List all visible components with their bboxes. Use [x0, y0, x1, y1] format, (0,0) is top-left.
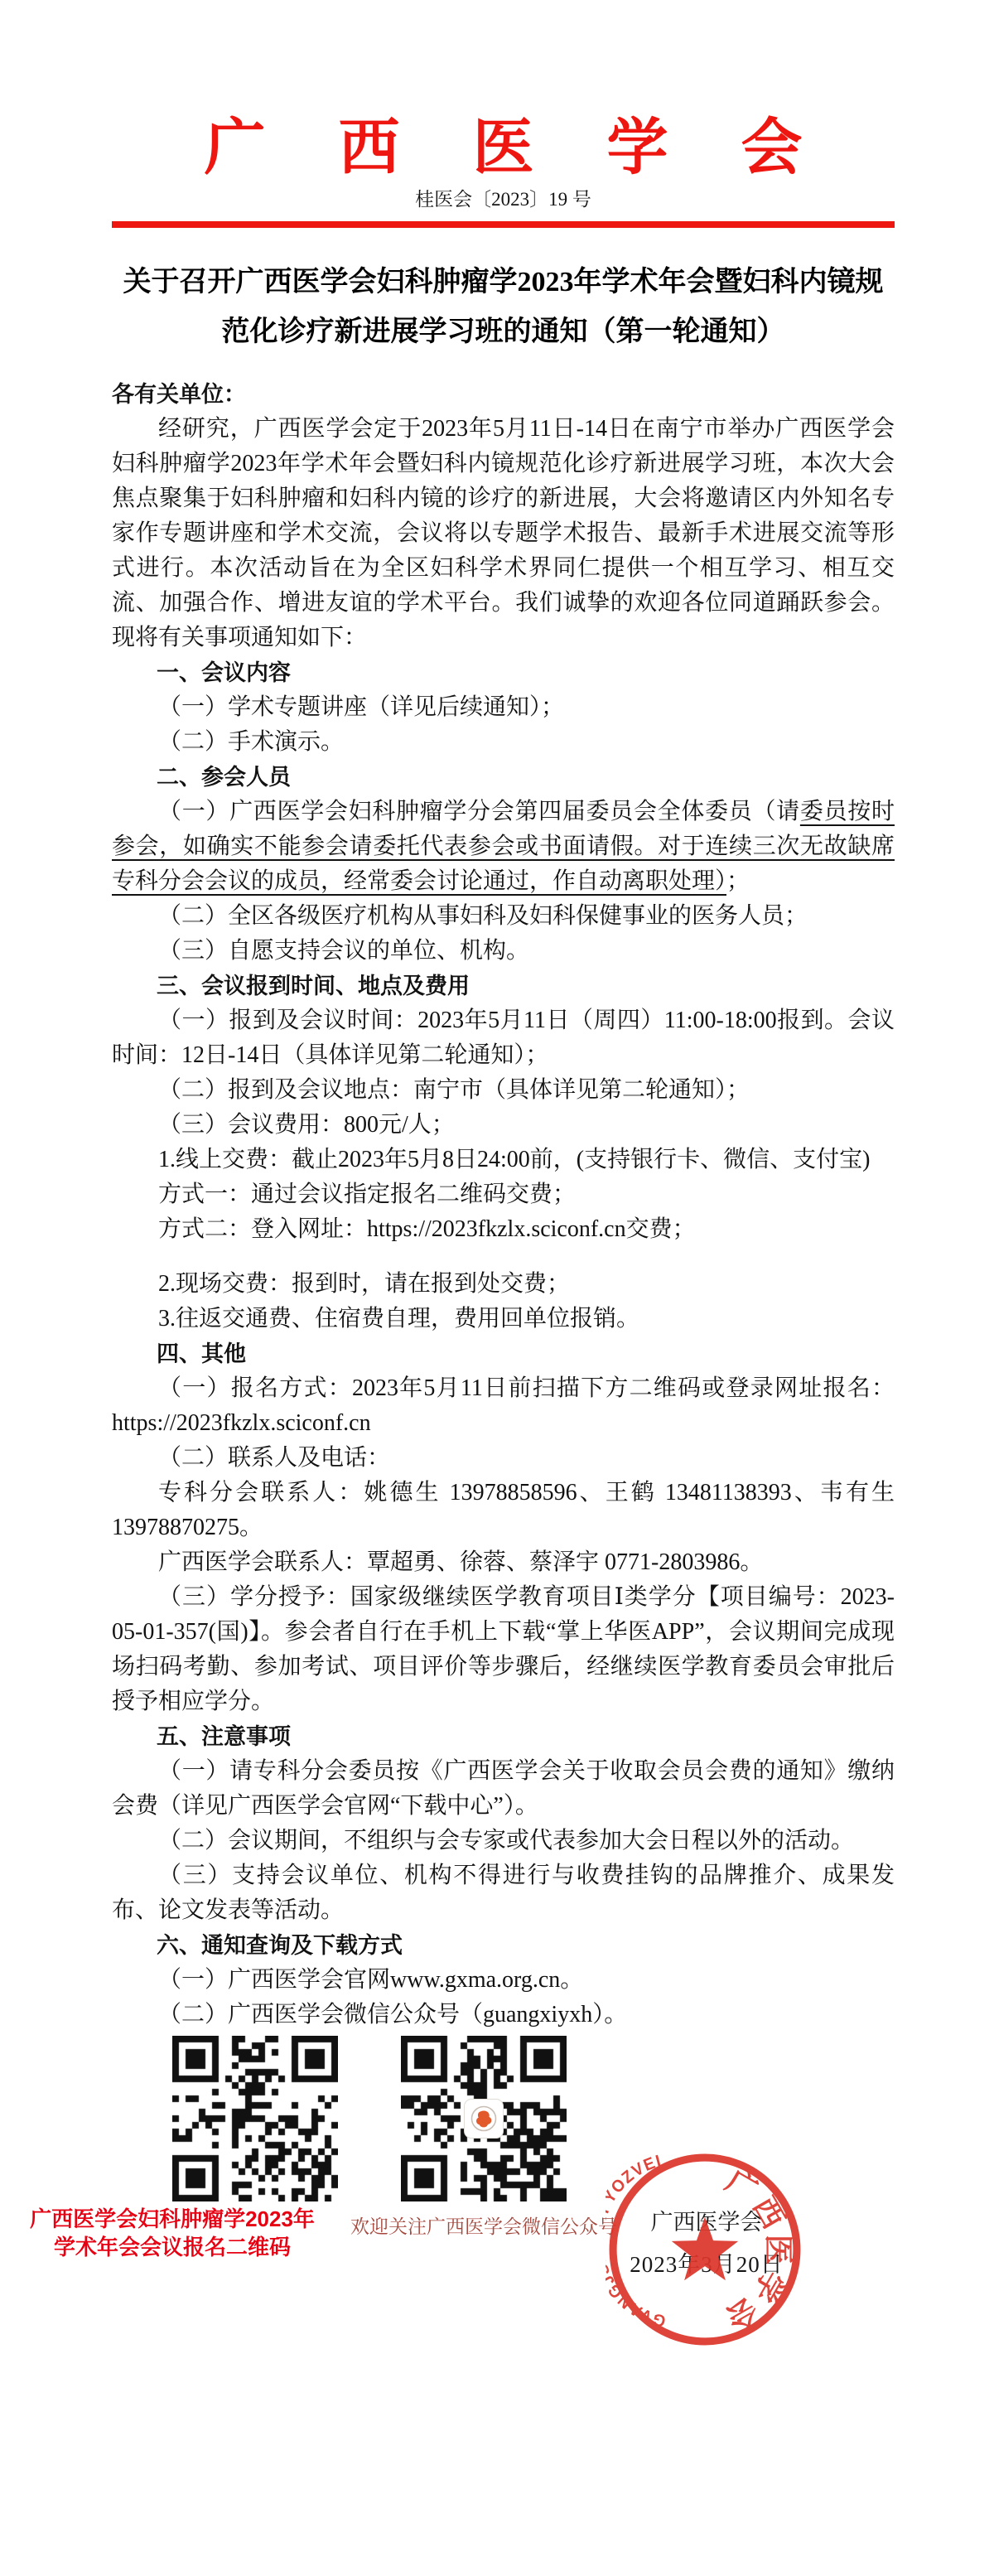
- official-seal: GVANGJSIH YIH YOZVEI 广 西 医 学 会: [606, 2150, 804, 2349]
- body-paragraph: （一）广西医学会官网www.gxma.org.cn。: [112, 1963, 895, 1998]
- text-run: （三）会议费用：800元/人；: [158, 1112, 455, 1138]
- text-run: 1.线上交费：截止2023年5月8日24:00前，(支持银行卡、微信、支付宝): [158, 1147, 870, 1172]
- text-run: （二）全区各级医疗机构从事妇科及妇科保健事业的医务人员；: [158, 903, 808, 929]
- text-run: （二）会议期间，不组织与会专家或代表参加大会日程以外的活动。: [158, 1828, 854, 1853]
- text-run: （一）请专科分会委员按《广西医学会关于收取会员会费的通知》缴纳会费（详见广西医学…: [112, 1758, 895, 1819]
- body-paragraph: （三）学分授予：国家级继续医学教育项目Ⅰ类学分【项目编号：2023-05-01-…: [112, 1580, 895, 1719]
- text-run: ；: [726, 868, 750, 894]
- body-paragraph: （二）联系人及电话：: [112, 1441, 895, 1476]
- header-divider-rule: [112, 221, 895, 228]
- qr-and-seal-section: 广西医学会妇科肿瘤学2023年 学术年会会议报名二维码 欢迎关注广西医学会微信公…: [112, 2036, 895, 2506]
- text-run: 专科分会联系人：姚德生 13978858596、王鹤 13481138393、韦…: [112, 1480, 895, 1540]
- section-heading: 一、会议内容: [112, 655, 895, 690]
- section-heading: 六、通知查询及下载方式: [112, 1928, 895, 1963]
- text-run: （三）学分授予：国家级继续医学教育项目Ⅰ类学分【项目编号：2023-05-01-…: [112, 1584, 895, 1714]
- section-heading: 二、参会人员: [112, 760, 895, 795]
- body-paragraph: 方式一：通过会议指定报名二维码交费；: [112, 1177, 895, 1212]
- text-run: （二）联系人及电话：: [158, 1445, 390, 1471]
- text-run: 经研究，广西医学会定于2023年5月11日-14日在南宁市举办广西医学会妇科肿瘤…: [112, 416, 895, 650]
- registration-qr-wrapper: [172, 2036, 338, 2201]
- notice-title: 关于召开广西医学会妇科肿瘤学2023年学术年会暨妇科内镜规范化诊疗新进展学习班的…: [112, 258, 895, 357]
- svg-text:医: 医: [762, 2235, 795, 2264]
- body-paragraph: （一）报到及会议时间：2023年5月11日（周四）11:00-18:00报到。会…: [112, 1003, 895, 1073]
- organization-title: 广西医学会: [112, 118, 895, 179]
- body-paragraph: （一）请专科分会委员按《广西医学会关于收取会员会费的通知》缴纳会费（详见广西医学…: [112, 1754, 895, 1824]
- text-run: （一）报名方式：2023年5月11日前扫描下方二维码或登录网址报名：https:…: [112, 1375, 895, 1436]
- document-body: 各有关单位：经研究，广西医学会定于2023年5月11日-14日在南宁市举办广西医…: [112, 377, 895, 2032]
- seal-cn-ring-text: 广 西 医 学 会: [721, 2164, 795, 2335]
- body-paragraph: （二）报到及会议地点：南宁市（具体详见第二轮通知）；: [112, 1073, 895, 1108]
- body-paragraph: 经研究，广西医学会定于2023年5月11日-14日在南宁市举办广西医学会妇科肿瘤…: [112, 412, 895, 655]
- text-run: 广西医学会联系人：覃超勇、徐蓉、蔡泽宇 0771-2803986。: [158, 1549, 763, 1575]
- text-run: （一）报到及会议时间：2023年5月11日（周四）11:00-18:00报到。会…: [112, 1008, 895, 1068]
- text-run: 方式二：登入网址：https://2023fkzlx.sciconf.cn交费；: [158, 1216, 696, 1242]
- official-notice-document: 广西医学会 桂医会〔2023〕19 号 关于召开广西医学会妇科肿瘤学2023年学…: [0, 0, 994, 2576]
- document-number: 桂医会〔2023〕19 号: [112, 187, 895, 212]
- wechat-qr-wrapper: [401, 2036, 567, 2201]
- text-run: （一）广西医学会妇科肿瘤学分会第四届委员会全体委员（请: [158, 799, 800, 824]
- text-run: （三）支持会议单位、机构不得进行与收费挂钩的品牌推介、成果发布、论文发表等活动。: [112, 1863, 895, 1923]
- star-icon: [672, 2217, 738, 2281]
- text-run: 方式一：通过会议指定报名二维码交费；: [158, 1182, 576, 1207]
- text-run: （一）学术专题讲座（详见后续通知）；: [158, 694, 564, 720]
- text-run: （一）广西医学会官网www.gxma.org.cn。: [158, 1967, 583, 1993]
- registration-qr-caption: 广西医学会妇科肿瘤学2023年 学术年会会议报名二维码: [23, 2205, 321, 2261]
- body-paragraph: （一）广西医学会妇科肿瘤学分会第四届委员会全体委员（请委员按时参会，如确实不能参…: [112, 795, 895, 899]
- text-run: 3.往返交通费、住宿费自理，费用回单位报销。: [158, 1306, 639, 1331]
- body-paragraph: 2.现场交费：报到时，请在报到处交费；: [112, 1267, 895, 1302]
- body-paragraph: （二）全区各级医疗机构从事妇科及妇科保健事业的医务人员；: [112, 899, 895, 934]
- body-paragraph: （三）自愿支持会议的单位、机构。: [112, 934, 895, 969]
- registration-qr-caption-line2: 学术年会会议报名二维码: [23, 2233, 321, 2261]
- body-paragraph: （三）会议费用：800元/人；: [112, 1108, 895, 1143]
- salutation: 各有关单位：: [112, 377, 895, 412]
- body-paragraph: 1.线上交费：截止2023年5月8日24:00前，(支持银行卡、微信、支付宝): [112, 1143, 895, 1177]
- wechat-qr-center-logo-icon: [464, 2099, 504, 2139]
- body-paragraph: （一）学术专题讲座（详见后续通知）；: [112, 690, 895, 725]
- body-paragraph: 3.往返交通费、住宿费自理，费用回单位报销。: [112, 1302, 895, 1336]
- text-run: （二）报到及会议地点：南宁市（具体详见第二轮通知）；: [158, 1077, 750, 1103]
- body-paragraph: 方式二：登入网址：https://2023fkzlx.sciconf.cn交费；: [112, 1212, 895, 1247]
- text-run: 2.现场交费：报到时，请在报到处交费；: [158, 1271, 570, 1297]
- body-paragraph: （二）会议期间，不组织与会专家或代表参加大会日程以外的活动。: [112, 1824, 895, 1858]
- text-run: （二）广西医学会微信公众号（guangxiyxh）。: [158, 2002, 627, 2027]
- text-run: （三）自愿支持会议的单位、机构。: [158, 938, 529, 964]
- body-paragraph: （三）支持会议单位、机构不得进行与收费挂钩的品牌推介、成果发布、论文发表等活动。: [112, 1858, 895, 1928]
- text-run: （二）手术演示。: [158, 729, 344, 755]
- body-paragraph: （二）广西医学会微信公众号（guangxiyxh）。: [112, 1998, 895, 2032]
- section-heading: 四、其他: [112, 1336, 895, 1371]
- wechat-qr-caption: 欢迎关注广西医学会微信公众号: [335, 2215, 633, 2240]
- body-paragraph: 专科分会联系人：姚德生 13978858596、王鹤 13481138393、韦…: [112, 1476, 895, 1545]
- section-heading: 三、会议报到时间、地点及费用: [112, 969, 895, 1003]
- body-paragraph: 广西医学会联系人：覃超勇、徐蓉、蔡泽宇 0771-2803986。: [112, 1545, 895, 1580]
- spacer: [112, 1247, 895, 1267]
- body-paragraph: （一）报名方式：2023年5月11日前扫描下方二维码或登录网址报名：https:…: [112, 1371, 895, 1441]
- registration-qr-code-icon: [172, 2036, 338, 2201]
- registration-qr-caption-line1: 广西医学会妇科肿瘤学2023年: [23, 2205, 321, 2233]
- association-emblem-icon: [467, 2102, 500, 2135]
- body-paragraph: （二）手术演示。: [112, 725, 895, 760]
- section-heading: 五、注意事项: [112, 1719, 895, 1754]
